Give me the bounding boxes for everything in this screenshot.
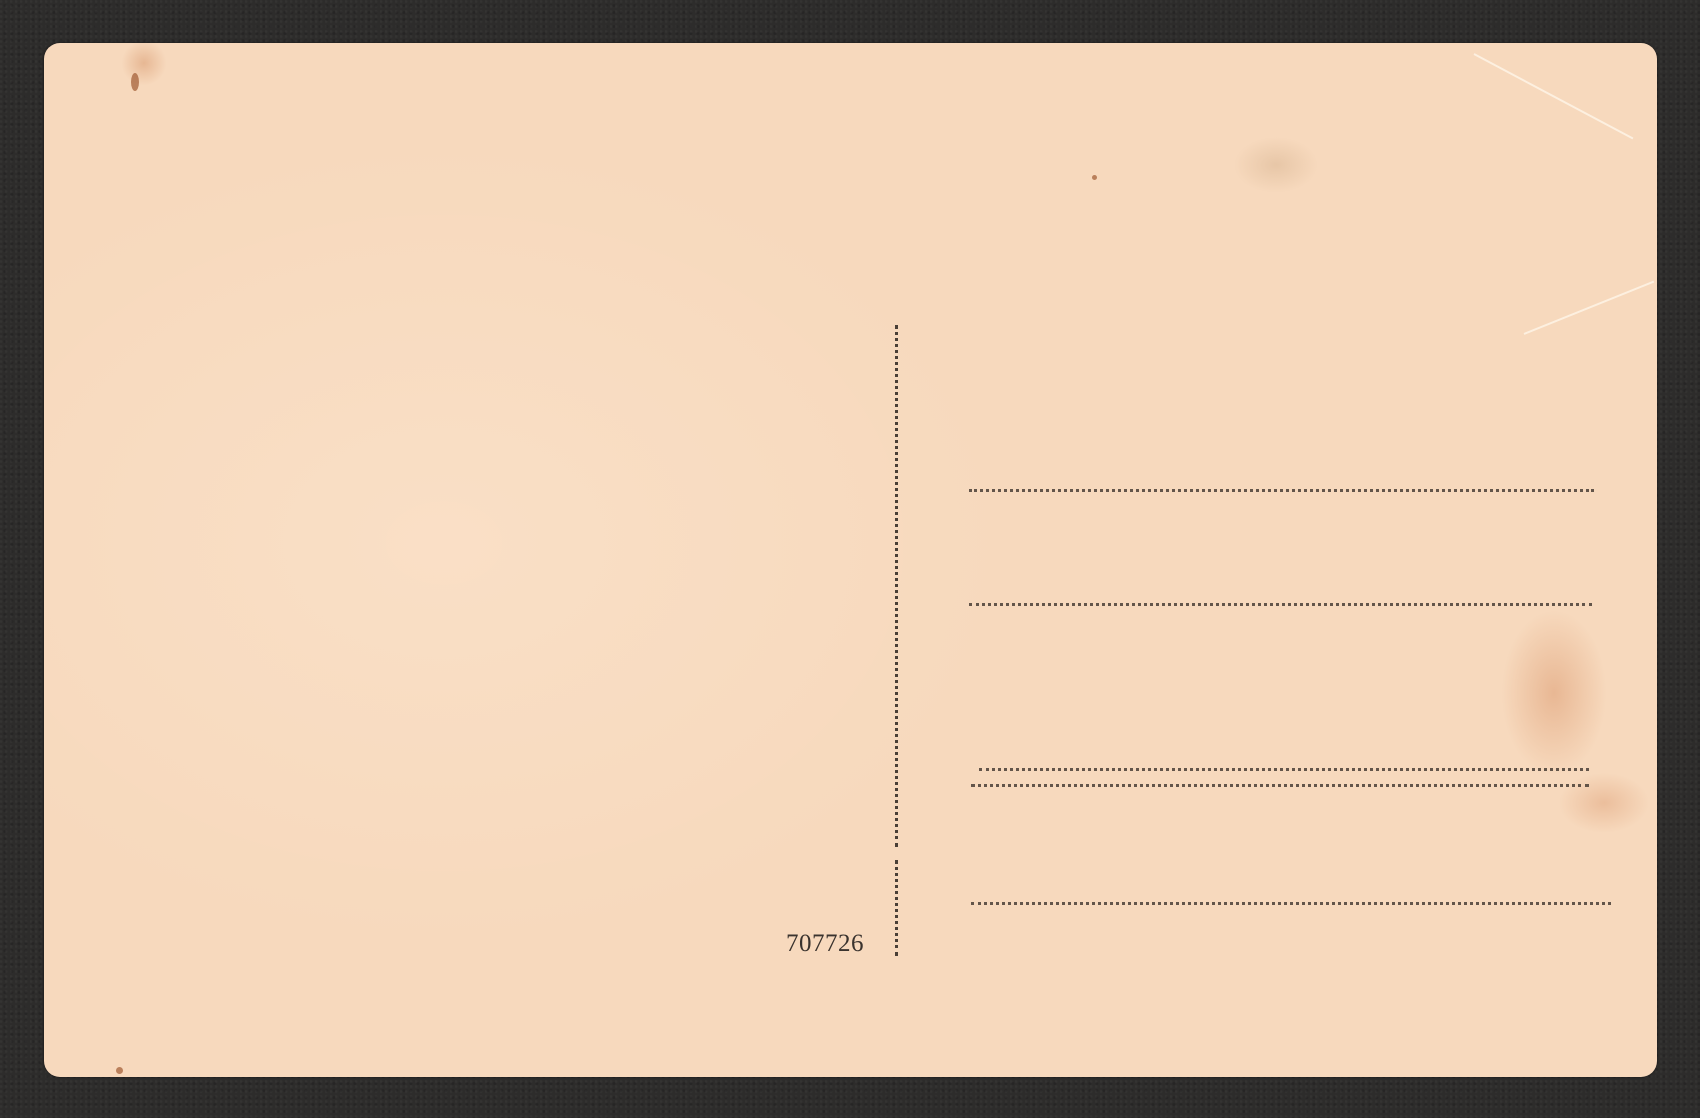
postcard-back: 707726 (44, 43, 1657, 1077)
vertical-divider-top (895, 325, 898, 847)
address-line-2 (969, 603, 1592, 606)
serial-number: 707726 (786, 930, 864, 958)
stain-spot (1092, 175, 1097, 180)
stain-spot (116, 1067, 123, 1074)
address-line-3 (979, 768, 1589, 771)
paper-crease (1524, 281, 1655, 335)
address-line-4 (971, 784, 1589, 787)
vertical-divider-bottom (895, 860, 898, 956)
address-line-1 (969, 489, 1594, 492)
paper-crease (1474, 53, 1634, 139)
address-line-5 (971, 902, 1611, 905)
stain-spot (131, 73, 139, 91)
